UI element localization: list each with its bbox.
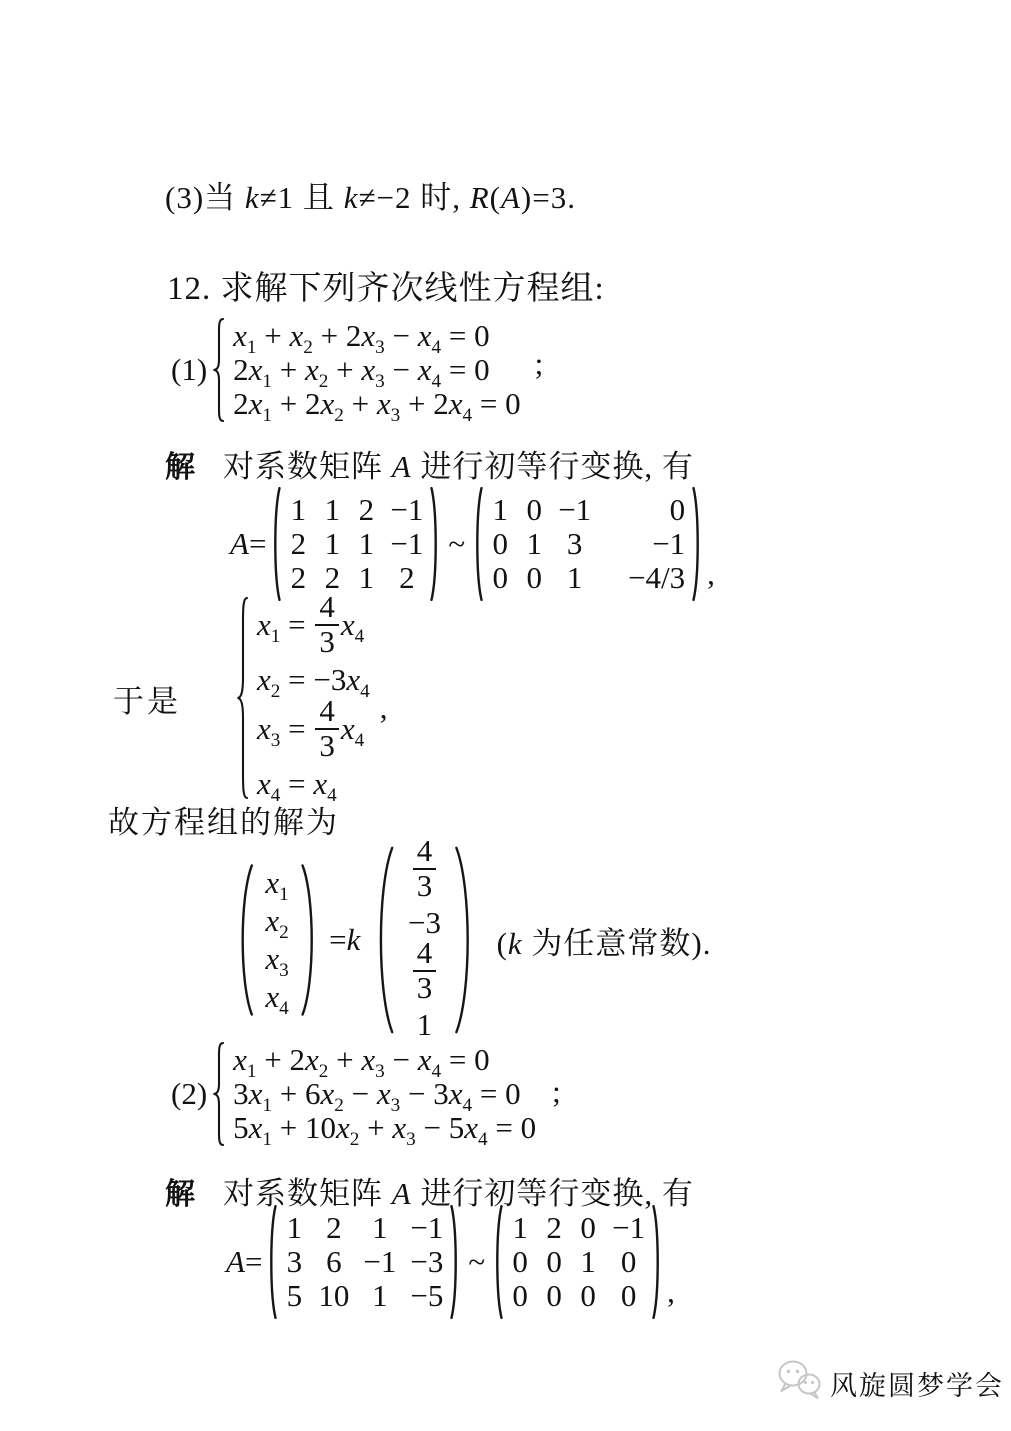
matrix-2-right: 120−100100000 xyxy=(491,1205,664,1319)
matrix-cell: 0 xyxy=(612,1279,645,1313)
matrix-cell: 2 xyxy=(288,561,308,595)
then-label: 于是 xyxy=(113,676,181,721)
matrix-cell: 3 xyxy=(558,527,591,561)
matrix-cell: −1 xyxy=(558,493,591,527)
vector-entry: x3 xyxy=(265,940,288,978)
matrix-cell: 2 xyxy=(288,527,308,561)
system-2-semicolon: ; xyxy=(552,1074,561,1110)
equation-row: 3x1 + 6x2 − x3 − 3x4 = 0 xyxy=(233,1077,536,1111)
solution-vector-equation: x1x2x3x4 =k 43−3431 (k 为任意常数). xyxy=(229,845,712,1035)
left-curly-brace xyxy=(211,1042,227,1146)
matrix-cell: 10 xyxy=(318,1279,349,1313)
system-1-semicolon: ; xyxy=(535,346,544,382)
left-curly-brace xyxy=(235,596,251,800)
equation-system-1: (1) x1 + x2 + 2x3 − x4 = 02x1 + x2 + x3 … xyxy=(171,318,543,422)
matrix-cell: −5 xyxy=(410,1279,443,1313)
matrix-cell: 1 xyxy=(510,1211,530,1245)
matrix-cell: 1 xyxy=(322,527,342,561)
matrix-cell: 3 xyxy=(284,1245,304,1279)
matrix-cell: 0 xyxy=(490,561,510,595)
matrix-cell: −1 xyxy=(605,527,685,561)
vector-entry: 43 xyxy=(408,838,441,906)
equation-row: 5x1 + 10x2 + x3 − 5x4 = 0 xyxy=(233,1111,536,1145)
system-1-equations: x1 + x2 + 2x3 − x4 = 02x1 + x2 + x3 − x4… xyxy=(233,318,520,422)
matrix-cell: 0 xyxy=(510,1279,530,1313)
equation-row: x2 = −3x4 xyxy=(257,662,370,698)
matrix-cell: 0 xyxy=(578,1211,598,1245)
matrix-cell: 0 xyxy=(510,1245,530,1279)
solution-intro: 故方程组的解为 xyxy=(108,797,339,842)
parametric-system: x1 = 43x4x2 = −3x4x3 = 43x4x4 = x4 , xyxy=(235,596,387,800)
vector-entry: x1 xyxy=(265,864,288,902)
equation-row: x1 + 2x2 + x3 − x4 = 0 xyxy=(233,1043,536,1077)
matrix-cell: −1 xyxy=(363,1245,396,1279)
solve-text: 对系数矩阵 A 进行初等行变换, 有 xyxy=(223,449,694,484)
matrix-cell: 1 xyxy=(558,561,591,595)
matrix-cell: −1 xyxy=(390,493,423,527)
vector-entry: 1 xyxy=(408,1008,441,1042)
solve-label: 解 xyxy=(165,1178,195,1211)
matrix-cell: 1 xyxy=(524,527,544,561)
matrix-cell: −1 xyxy=(390,527,423,561)
solve-line-1: 解对系数矩阵 A 进行初等行变换, 有 xyxy=(165,441,694,486)
matrix-cell: 0 xyxy=(578,1279,598,1313)
matrix-cell: 1 xyxy=(322,493,342,527)
matrix-cell: 0 xyxy=(612,1245,645,1279)
equals-k: =k xyxy=(329,922,360,958)
matrix-transform-1: A= 112−1211−12212 ~ 10−10013−1001−4/3 , xyxy=(230,488,715,600)
equation-row: x3 = 43x4 xyxy=(257,698,370,766)
matrix-1-left: 112−1211−12212 xyxy=(269,487,442,601)
matrix-cell: 0 xyxy=(524,493,544,527)
unknowns-vector: x1x2x3x4 xyxy=(229,864,325,1016)
matrix-cell: 5 xyxy=(284,1279,304,1313)
row-equivalence-tilde: ~ xyxy=(448,526,465,562)
matrix-transform-2: A= 121−136−1−35101−5 ~ 120−100100000 , xyxy=(226,1206,675,1318)
comma: , xyxy=(380,690,388,726)
basis-vector: 43−3431 xyxy=(364,846,484,1034)
row-equivalence-tilde: ~ xyxy=(468,1244,485,1280)
equation-row: 2x1 + 2x2 + x3 + 2x4 = 0 xyxy=(233,387,520,421)
matrix-2-comma: , xyxy=(667,1274,675,1310)
matrix-2-prefix: A= xyxy=(226,1244,262,1280)
system-2-equations: x1 + 2x2 + x3 − x4 = 03x1 + 6x2 − x3 − 3… xyxy=(233,1042,536,1146)
watermark: 风旋圆梦学会 xyxy=(776,1358,1004,1408)
system-2-label: (2) xyxy=(171,1076,207,1112)
matrix-cell: −1 xyxy=(410,1211,443,1245)
matrix-cell: 1 xyxy=(288,493,308,527)
matrix-cell: −1 xyxy=(612,1211,645,1245)
matrix-cell: 1 xyxy=(284,1211,304,1245)
matrix-cell: 2 xyxy=(318,1211,349,1245)
parametric-equations: x1 = 43x4x2 = −3x4x3 = 43x4x4 = x4 xyxy=(257,596,370,800)
equation-row: x1 + x2 + 2x3 − x4 = 0 xyxy=(233,319,520,353)
matrix-cell: 1 xyxy=(578,1245,598,1279)
matrix-cell: −3 xyxy=(410,1245,443,1279)
matrix-cell: 1 xyxy=(356,561,376,595)
equation-system-2: (2) x1 + 2x2 + x3 − x4 = 03x1 + 6x2 − x3… xyxy=(171,1042,561,1146)
vector-entry: 43 xyxy=(408,940,441,1008)
system-1-label: (1) xyxy=(171,352,207,388)
matrix-cell: 2 xyxy=(356,493,376,527)
matrix-cell: 0 xyxy=(490,527,510,561)
problem-heading: 12. 求解下列齐次线性方程组: xyxy=(167,262,605,309)
watermark-text: 风旋圆梦学会 xyxy=(830,1364,1004,1403)
matrix-1-comma: , xyxy=(707,556,715,592)
vector-entry: x4 xyxy=(265,978,288,1016)
vector-entry: x2 xyxy=(265,902,288,940)
matrix-cell: 1 xyxy=(363,1211,396,1245)
equation-row: 2x1 + x2 + x3 − x4 = 0 xyxy=(233,353,520,387)
left-curly-brace xyxy=(211,318,227,422)
wechat-icon xyxy=(776,1358,822,1408)
matrix-cell: −4/3 xyxy=(605,561,685,595)
answer-line-case3: (3)当 k≠1 且 k≠−2 时, R(A)=3. xyxy=(165,172,576,217)
matrix-cell: 0 xyxy=(544,1245,564,1279)
matrix-1-right: 10−10013−1001−4/3 xyxy=(471,487,704,601)
document-page: (3)当 k≠1 且 k≠−2 时, R(A)=3. 12. 求解下列齐次线性方… xyxy=(0,0,1011,1431)
matrix-cell: 0 xyxy=(524,561,544,595)
then-block: 于是 x1 = 43x4x2 = −3x4x3 = 43x4x4 = x4 , xyxy=(113,596,387,800)
equation-row: x1 = 43x4 xyxy=(257,594,370,662)
matrix-2-left: 121−136−1−35101−5 xyxy=(265,1205,462,1319)
solve-label: 解 xyxy=(165,451,195,484)
matrix-cell: 2 xyxy=(544,1211,564,1245)
matrix-cell: 1 xyxy=(490,493,510,527)
matrix-cell: 1 xyxy=(356,527,376,561)
matrix-cell: 0 xyxy=(544,1279,564,1313)
matrix-cell: 0 xyxy=(605,493,685,527)
matrix-cell: 2 xyxy=(390,561,423,595)
matrix-cell: 6 xyxy=(318,1245,349,1279)
arbitrary-constant-note: (k 为任意常数). xyxy=(497,918,712,963)
matrix-cell: 1 xyxy=(363,1279,396,1313)
matrix-1-prefix: A= xyxy=(230,526,266,562)
